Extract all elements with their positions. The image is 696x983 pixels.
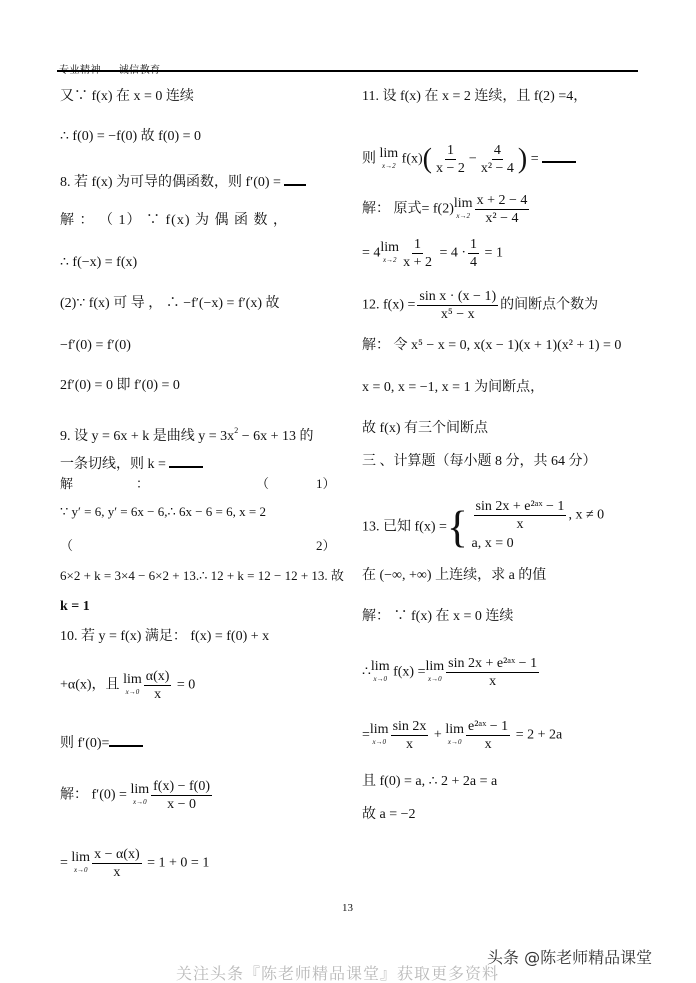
fraction: x + 2 − 4x² − 4 xyxy=(475,192,530,227)
question-11-cont: 则 limx→2 f(x)(1x − 2−4x² − 4) = xyxy=(362,142,576,177)
question-9: 9. 设 y = 6x + k 是曲线 y = 3x2 − 6x + 13 的 xyxy=(60,422,313,446)
answer-blank xyxy=(169,454,203,468)
fraction: x − α(x)x xyxy=(92,846,142,881)
solution-line: (2)∵ f(x) 可 导 ， ∴ −f′(−x) = f′(x) 故 xyxy=(60,295,280,313)
solution-line: =limx→0sin 2xx + limx→0e²ᵃˣ − 1x = 2 + 2… xyxy=(362,718,562,753)
question-10-ask: 则 f′(0)= xyxy=(60,733,143,753)
solution-line: 解 ： （ 1） xyxy=(60,475,330,493)
solution-line: ∵ y′ = 6, y′ = 6x − 6,∴ 6x − 6 = 6, x = … xyxy=(60,503,266,521)
question-13-cont: 在 (−∞, +∞) 上连续，求 a 的值 xyxy=(362,567,546,585)
solution-line: x = 0, x = −1, x = 1 为间断点， xyxy=(362,379,544,397)
solution-line: 解： 原式= f(2)limx→2x + 2 − 4x² − 4 xyxy=(362,192,531,227)
footer-watermark: 关注头条『陈老师精品课堂』获取更多资料 xyxy=(176,961,499,983)
fraction: 1x − 2 xyxy=(434,142,467,177)
limit: limx→0 xyxy=(71,851,90,877)
fraction: 4x² − 4 xyxy=(479,142,516,177)
solution-line: 故 f(x) 有三个间断点 xyxy=(362,420,488,438)
text-line: 又∵ f(x) 在 x = 0 连续 xyxy=(60,88,194,106)
limit: limx→0 xyxy=(371,660,390,686)
solution-line: ∴ f(−x) = f(x) xyxy=(60,254,137,272)
limit: limx→0 xyxy=(370,723,389,749)
fraction: α(x)x xyxy=(144,668,172,703)
solution-line: = limx→0x − α(x)x = 1 + 0 = 1 xyxy=(60,846,209,881)
question-10: 10. 若 y = f(x) 满足： f(x) = f(0) + x xyxy=(60,628,269,646)
fraction: sin 2x + e²ᵃˣ − 1x xyxy=(474,498,567,533)
solution-line: k = 1 xyxy=(60,598,90,616)
question-12: 12. f(x) =sin x · (x − 1)x⁵ − x的间断点个数为 xyxy=(362,288,598,323)
question-9-cont: 一条切线，则 k = xyxy=(60,454,203,474)
question-8: 8. 若 f(x) 为可导的偶函数，则 f′(0) = xyxy=(60,172,306,192)
limit: limx→0 xyxy=(425,660,444,686)
solution-line: 且 f(0) = a, ∴ 2 + 2a = a xyxy=(362,773,497,791)
solution-line: 解： ∵ f(x) 在 x = 0 连续 xyxy=(362,608,513,626)
solution-line: ∴limx→0 f(x) =limx→0sin 2x + e²ᵃˣ − 1x xyxy=(362,655,541,690)
fraction: sin 2xx xyxy=(391,718,429,753)
piecewise: sin 2x + e²ᵃˣ − 1x, x ≠ 0 a, x = 0 xyxy=(472,498,605,553)
limit: limx→2 xyxy=(380,241,399,267)
solution-line: （ 2） xyxy=(60,537,330,555)
limit: limx→2 xyxy=(454,197,473,223)
solution-line: 6×2 + k = 3×4 − 6×2 + 13.∴ 12 + k = 12 −… xyxy=(60,567,344,585)
answer-blank xyxy=(284,172,306,186)
solution-line: −f′(0) = f′(0) xyxy=(60,337,131,355)
fraction: sin 2x + e²ᵃˣ − 1x xyxy=(446,655,539,690)
limit: limx→0 xyxy=(130,783,149,809)
solution-line: = 4limx→21x + 2 = 4 ·14 = 1 xyxy=(362,236,503,271)
solution-line: 解： 令 x⁵ − x = 0, x(x − 1)(x + 1)(x² + 1)… xyxy=(362,337,621,355)
question-13: 13. 已知 f(x) ={ sin 2x + e²ᵃˣ − 1x, x ≠ 0… xyxy=(362,500,604,555)
page-number: 13 xyxy=(342,902,353,914)
question-10-cont: +α(x)，且 limx→0α(x)x = 0 xyxy=(60,668,195,703)
solution-line: 解： f′(0) = limx→0f(x) − f(0)x − 0 xyxy=(60,778,214,813)
header-rule xyxy=(57,70,638,72)
limit: limx→0 xyxy=(445,723,464,749)
limit: limx→2 xyxy=(380,147,399,173)
solution-line: 2f′(0) = 0 即 f′(0) = 0 xyxy=(60,377,180,395)
solution-line: 解 ： （ 1） ∵ f(x) 为 偶 函 数 ， xyxy=(60,212,288,230)
fraction: 1x + 2 xyxy=(401,236,434,271)
fraction: e²ᵃˣ − 1x xyxy=(466,718,510,753)
header-slogan: 专业精神 诚信教育 xyxy=(59,61,175,76)
question-11: 11. 设 f(x) 在 x = 2 连续，且 f(2) =4， xyxy=(362,88,587,106)
solution-line: 故 a = −2 xyxy=(362,806,416,824)
section-heading: 三 、计算题（每小题 8 分，共 64 分） xyxy=(362,453,597,471)
fraction: sin x · (x − 1)x⁵ − x xyxy=(417,288,498,323)
limit: limx→0 xyxy=(123,673,142,699)
fraction: f(x) − f(0)x − 0 xyxy=(151,778,212,813)
answer-blank xyxy=(109,733,143,747)
answer-blank xyxy=(542,149,576,163)
fraction: 14 xyxy=(468,236,479,271)
text-line: ∴ f(0) = −f(0) 故 f(0) = 0 xyxy=(60,128,201,146)
brand-watermark: 头条 @陈老师精品课堂 xyxy=(487,945,652,968)
